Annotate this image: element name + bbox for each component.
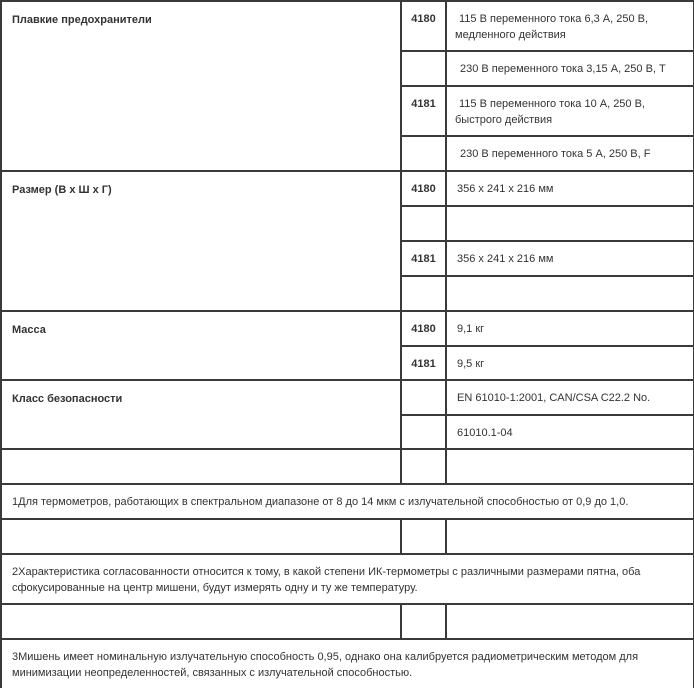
- empty-cell: [1, 449, 401, 484]
- empty-cell: [401, 604, 446, 639]
- empty-row: [1, 449, 694, 484]
- empty-cell: [446, 519, 694, 554]
- value-cell: 115 В переменного тока 10 А, 250 В, быст…: [446, 86, 694, 136]
- footnote-1: 1Для термометров, работающих в спектраль…: [1, 484, 694, 519]
- value-cell: 230 В переменного тока 3,15 А, 250 В, T: [446, 51, 694, 86]
- value-cell: 61010.1-04: [446, 415, 694, 449]
- footnote-row: 2Характеристика согласованности относитс…: [1, 554, 694, 604]
- model-cell: 4181: [401, 241, 446, 276]
- value-cell: 230 В переменного тока 5 А, 250 В, F: [446, 136, 694, 171]
- spec-label-safety-class: Класс безопасности: [1, 380, 401, 449]
- footnote-row: 3Мишень имеет номинальную излучательную …: [1, 639, 694, 688]
- model-cell: [401, 206, 446, 241]
- value-cell: EN 61010-1:2001, CAN/CSA C22.2 No.: [446, 380, 694, 415]
- spec-label-weight: Масса: [1, 311, 401, 380]
- value-text: 115 В переменного тока 6,3 А, 250 В, мед…: [455, 13, 648, 41]
- model-cell: [401, 415, 446, 449]
- model-cell: [401, 136, 446, 171]
- empty-row: [1, 604, 694, 639]
- value-cell: [446, 206, 694, 241]
- spec-label-size: Размер (В x Ш x Г): [1, 171, 401, 311]
- value-cell: 9,1 кг: [446, 311, 694, 346]
- model-cell: [401, 276, 446, 311]
- model-cell: 4181: [401, 86, 446, 136]
- spec-label-fuses: Плавкие предохранители: [1, 1, 401, 171]
- value-cell: [446, 276, 694, 311]
- empty-cell: [401, 449, 446, 484]
- model-cell: 4180: [401, 171, 446, 206]
- specifications-table: Плавкие предохранители 4180 115 В переме…: [0, 0, 694, 688]
- model-cell: 4181: [401, 346, 446, 380]
- value-cell: 356 x 241 x 216 мм: [446, 171, 694, 206]
- empty-cell: [1, 604, 401, 639]
- table-row: Плавкие предохранители 4180 115 В переме…: [1, 1, 694, 51]
- empty-cell: [446, 449, 694, 484]
- model-cell: 4180: [401, 1, 446, 51]
- empty-cell: [446, 604, 694, 639]
- empty-row: [1, 519, 694, 554]
- empty-cell: [401, 519, 446, 554]
- footnote-row: 1Для термометров, работающих в спектраль…: [1, 484, 694, 519]
- table-row: Масса 4180 9,1 кг: [1, 311, 694, 346]
- model-cell: 4180: [401, 311, 446, 346]
- value-cell: 115 В переменного тока 6,3 А, 250 В, мед…: [446, 1, 694, 51]
- table-row: Класс безопасности EN 61010-1:2001, CAN/…: [1, 380, 694, 415]
- value-cell: 356 x 241 x 216 мм: [446, 241, 694, 276]
- footnote-3: 3Мишень имеет номинальную излучательную …: [1, 639, 694, 688]
- empty-cell: [1, 519, 401, 554]
- table-row: Размер (В x Ш x Г) 4180 356 x 241 x 216 …: [1, 171, 694, 206]
- model-cell: [401, 51, 446, 86]
- footnote-2: 2Характеристика согласованности относитс…: [1, 554, 694, 604]
- value-text: 115 В переменного тока 10 А, 250 В, быст…: [455, 98, 645, 126]
- value-cell: 9,5 кг: [446, 346, 694, 380]
- model-cell: [401, 380, 446, 415]
